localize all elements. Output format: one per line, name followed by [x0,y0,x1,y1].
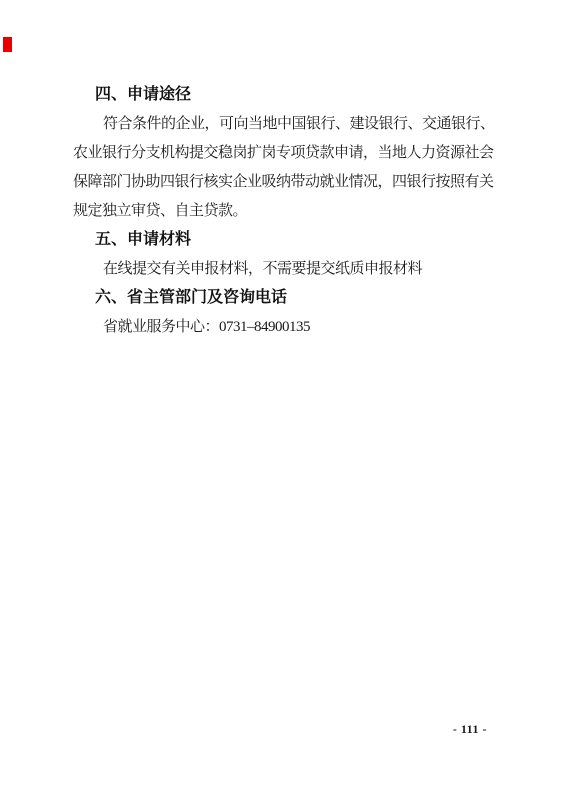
section-heading-application-channel: 四、申请途径 [95,86,191,104]
body-line: 符合条件的企业，可向当地中国银行、建设银行、交通银行、 [103,115,495,133]
body-line: 在线提交有关申报材料，不需要提交纸质申报材料 [103,260,422,278]
body-line: 农业银行分支机构提交稳岗扩岗专项贷款申请，当地人力资源社会 [73,144,494,162]
section-heading-contact-phone: 六、省主管部门及咨询电话 [95,289,287,307]
section-heading-application-materials: 五、申请材料 [95,231,191,249]
body-line: 规定独立审贷、自主贷款。 [73,202,247,220]
page-number: - 111 - [453,722,487,736]
red-annotation-mark [3,37,12,52]
body-line-phone: 省就业服务中心：0731–84900135 [103,318,310,336]
document-page: 四、申请途径 符合条件的企业，可向当地中国银行、建设银行、交通银行、 农业银行分… [0,0,561,793]
body-line: 保障部门协助四银行核实企业吸纳带动就业情况，四银行按照有关 [73,173,494,191]
